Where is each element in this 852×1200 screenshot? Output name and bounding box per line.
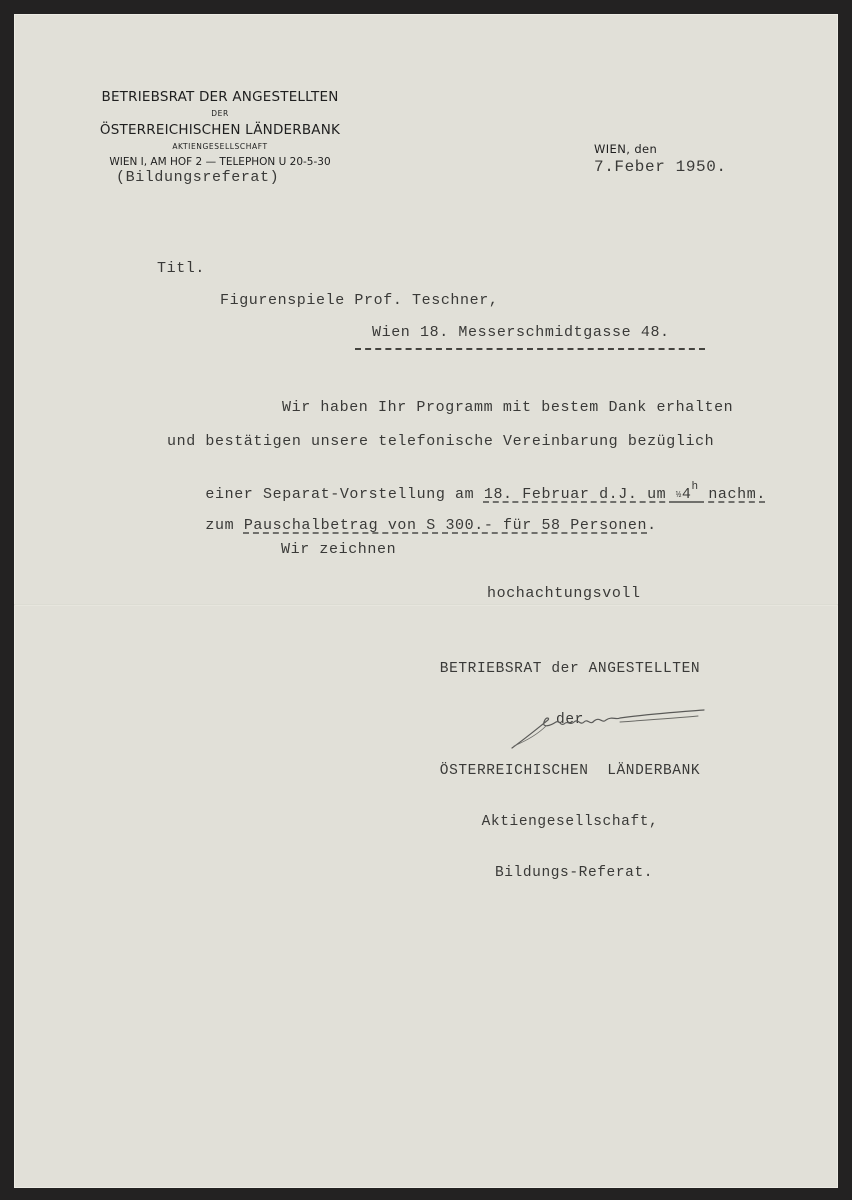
handwritten-signature-icon (508, 708, 708, 752)
paper-fold-line (14, 604, 838, 606)
letter-page: BETRIEBSRAT DER ANGESTELLTEN DER ÖSTERRE… (14, 14, 838, 1188)
letterhead-line-4: AKTIENGESELLSCHAFT (70, 142, 370, 151)
flat-fee-underlined: Pauschalbetrag von S 300.- für 58 Person… (244, 517, 647, 534)
time-hour: 4 (682, 486, 692, 503)
signature-line-1: BETRIEBSRAT der ANGESTELLTEN (410, 661, 730, 678)
body-line-2: und bestätigen unsere telefonische Verei… (167, 433, 714, 450)
letterhead-line-1: BETRIEBSRAT DER ANGESTELLTEN (70, 89, 370, 105)
dateline-date: 7.Feber 1950. (594, 158, 727, 176)
dateline-place: WIEN, den (594, 142, 657, 156)
address-underline-dashes (355, 348, 705, 350)
letterhead-address: WIEN I, AM HOF 2 — TELEPHON U 20-5-30 (70, 156, 370, 168)
letterhead-line-2: DER (70, 109, 370, 118)
recipient-name: Figurenspiele Prof. Teschner, (220, 292, 498, 309)
body-line-4-prefix: zum (205, 517, 243, 534)
time-superscript: h (692, 481, 699, 493)
signature-block: BETRIEBSRAT der ANGESTELLTEN der ÖSTERRE… (410, 627, 730, 916)
signature-line-4: Aktiengesellschaft, (410, 814, 730, 831)
recipient-address: Wien 18. Messerschmidtgasse 48. (372, 324, 670, 341)
closing-line-2: hochachtungsvoll (487, 585, 641, 602)
signature-line-5: Bildungs-Referat. (410, 865, 730, 882)
letterhead-line-3: ÖSTERREICHISCHEN LÄNDERBANK (70, 122, 370, 138)
time-afternoon: nachm. (699, 486, 766, 503)
signature-line-3: ÖSTERREICHISCHEN LÄNDERBANK (410, 763, 730, 780)
letterhead-department: (Bildungsreferat) (116, 169, 279, 186)
body-line-4: zum Pauschalbetrag von S 300.- für 58 Pe… (167, 500, 657, 551)
recipient-title: Titl. (157, 260, 205, 277)
closing-line-1: Wir zeichnen (281, 541, 396, 558)
dateline: WIEN, den 7.Feber 1950. (578, 122, 727, 194)
body-line-1: Wir haben Ihr Programm mit bestem Dank e… (282, 399, 733, 416)
